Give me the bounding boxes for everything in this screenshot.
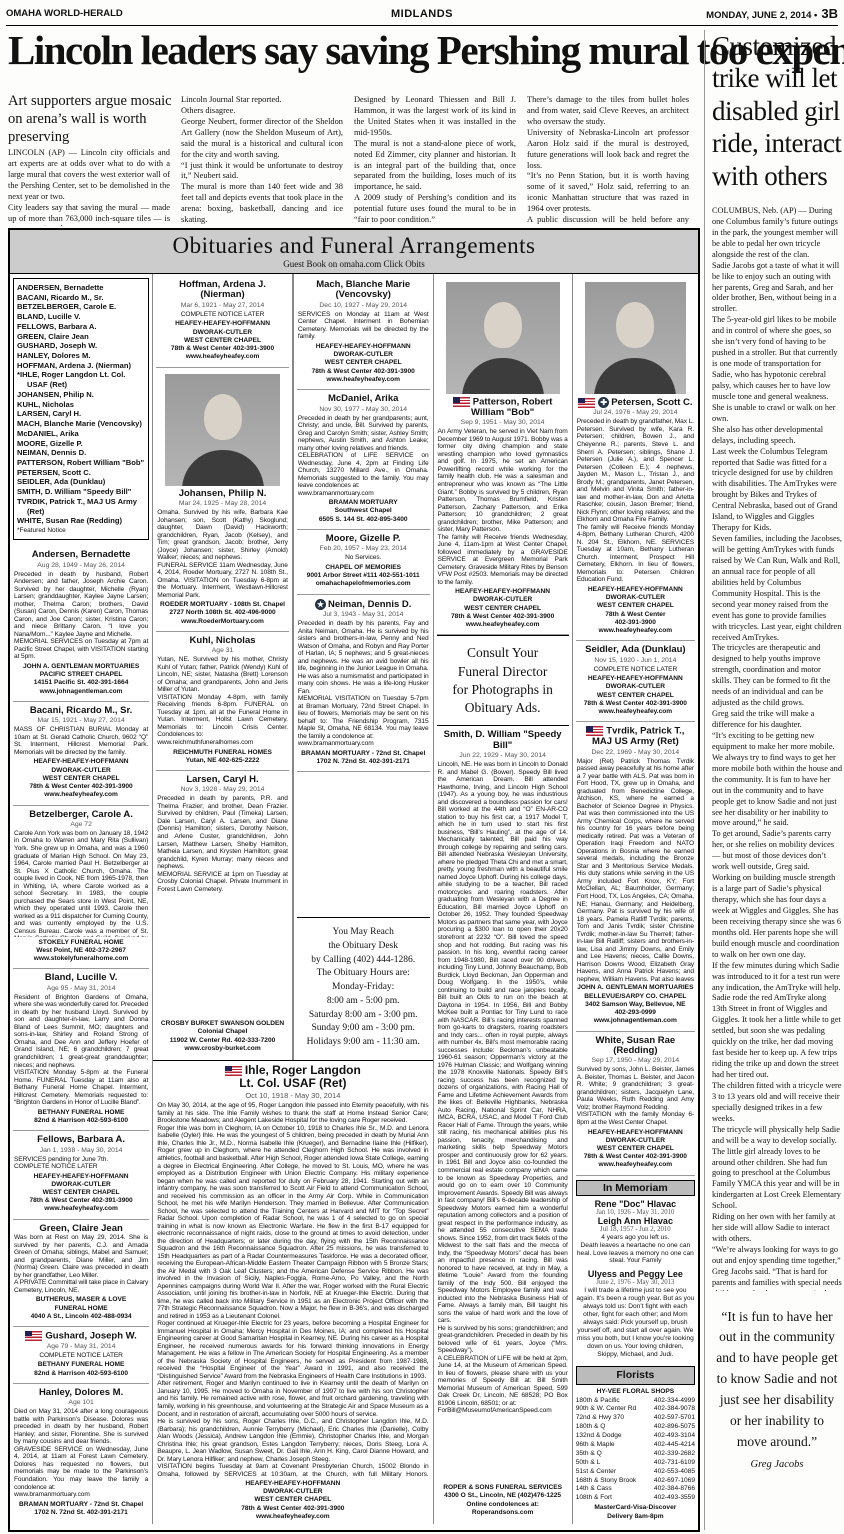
lead-article-col1: LINCOLN (AP) — Lincoln city officials an… xyxy=(8,148,170,226)
florist-location: 168th & Stony Brook xyxy=(576,1477,636,1486)
obit-columns-2-3: Hoffman, Ardena J. (Nierman) Mar 6, 1921… xyxy=(153,274,433,1524)
obituary-entry: Green, Claire Jean Was born at Rest on M… xyxy=(13,1220,149,1327)
obituary-entry: Tvrdik, Patrick T., MAJ US Army (Ret) De… xyxy=(576,722,695,1031)
florist-location: 14th & Cass xyxy=(576,1485,612,1494)
funeral-home-signature: REICHMUTH FUNERAL HOMES Yutan, NE 402-62… xyxy=(157,749,288,765)
obit-dates: Aug 28, 1949 - May 26, 2014 xyxy=(14,562,148,569)
us-flag-icon xyxy=(225,1066,242,1076)
obit-name: Bacani, Ricardo M., Sr. xyxy=(14,706,148,716)
index-item: BLAND, Lucille V. xyxy=(17,312,145,322)
funeral-home-signature: BRAMAN MORTUARY - 72nd St. Chapel 1702 N… xyxy=(14,1501,148,1517)
us-flag-icon xyxy=(586,726,603,736)
obit-dates: Oct 10, 1918 - May 30, 2014 xyxy=(157,1091,428,1100)
obit-dates: Sep 9, 1951 - May 30, 2014 xyxy=(438,419,568,426)
lead-article-col4: There’s damage to the tiles from bullet … xyxy=(527,95,689,225)
obit-name: Patterson, Robert xyxy=(473,397,553,408)
funeral-home-signature: HEAFEY-HEAFEY-HOFFMANN DWORAK-CUTLER WES… xyxy=(14,758,148,799)
obit-dates: Nov 30, 1977 - May 30, 2014 xyxy=(298,406,429,413)
florist-row: 90th & W. Center Rd402-384-9078 xyxy=(576,1405,695,1414)
florist-location: 35th & Q xyxy=(576,1450,602,1459)
funeral-home-signature: ROPER & SONS FUNERAL SERVICES 4300 O St.… xyxy=(438,1484,568,1517)
florist-location: 180th & Pacific xyxy=(576,1397,620,1406)
obit-dates: Age 31 xyxy=(157,647,288,654)
obit-name: Moore, Gizelle P. xyxy=(298,534,429,544)
funeral-home-signature: HEAFEY-HEAFEY-HOFFMANN DWORAK-CUTLER WES… xyxy=(438,588,568,629)
section-name: MIDLANDS xyxy=(286,8,558,20)
obit-name: McDaniel, Arika xyxy=(298,394,429,404)
trike-article-body: COLUMBUS, Neb. (AP) — During one Columbu… xyxy=(712,206,842,1291)
florist-row: 14th & Cass402-384-8766 xyxy=(576,1485,695,1494)
index-item: LARSEN, Caryl H. xyxy=(17,409,145,419)
florist-phone: 402-493-3104 xyxy=(654,1432,695,1441)
obit-body: COMPLETE NOTICE LATER xyxy=(14,1352,148,1360)
obit-dates: Nov 3, 1928 - May 29, 2014 xyxy=(157,786,288,793)
obit-dates: Dec 22, 1969 - May 30, 2014 xyxy=(577,749,694,756)
index-item: GREEN, Claire Jean xyxy=(17,332,145,342)
florist-row: 108th & Fort402-493-3559 xyxy=(576,1494,695,1503)
index-item: MOORE, Gizelle P. xyxy=(17,439,145,449)
florist-phone: 402-697-1069 xyxy=(654,1477,695,1486)
funeral-home-signature: HEAFEY-HEAFEY-HOFFMANN DWORAK-CUTLER WES… xyxy=(14,1173,148,1214)
obit-body: Preceded in death by her grandparents; a… xyxy=(298,415,429,498)
funeral-home-signature: BUTHERUS, MASER & LOVE FUNERAL HOME 4040… xyxy=(14,1296,148,1321)
obit-name-2: (Nierman) xyxy=(157,290,288,300)
obit-name: Smith, D. William "Speedy Bill" xyxy=(438,730,568,751)
obit-name-2: MAJ US Army (Ret) xyxy=(577,737,694,747)
trike-article: Customized trike will let disabled girl … xyxy=(704,30,842,1530)
memoriam-name: Ulyess and Peggy Lee xyxy=(576,1269,695,1279)
pull-quote-attribution: Greg Jacobs xyxy=(712,1459,842,1530)
florists-header: Florists xyxy=(576,1366,695,1384)
florists-section: Florists HY-VEE FLORAL SHOPS 180th & Pac… xyxy=(576,1362,695,1522)
obit-name: Gushard, Joseph W. xyxy=(45,1330,136,1341)
obituary-entry: Hanley, Dolores M. Age 101 Died on May 3… xyxy=(13,1384,149,1522)
funeral-home-signature: HEAFEY-HEAFEY-HOFFMANN DWORAK-CUTLER WES… xyxy=(577,586,694,635)
index-item: BACANI, Ricardo M., Sr. xyxy=(17,293,145,303)
obit-name-row: ✚Petersen, Scott C. xyxy=(577,397,694,408)
obit-name: Tvrdik, Patrick T., xyxy=(606,726,684,737)
obituary-entry: ✚Petersen, Scott C. Jul 24, 1976 - May 2… xyxy=(576,276,695,641)
obit-dates: Sep 17, 1950 - May 29, 2014 xyxy=(577,1057,694,1064)
index-item: NEIMAN, Dennis D. xyxy=(17,448,145,458)
florist-phone: 402-384-8766 xyxy=(654,1485,695,1494)
obit-name: Bland, Lucille V. xyxy=(14,973,148,983)
featured-obituary-ihle: Ihle, Roger Langdon Lt. Col. USAF (Ret) … xyxy=(153,1060,432,1524)
obit-body: Resident of Brighton Gardens of Omaha, w… xyxy=(14,994,148,1107)
obit-body: Lincoln, NE. He was born in Lincoln to D… xyxy=(438,761,568,1482)
obituary-entry: Larsen, Caryl H. Nov 3, 1928 - May 29, 2… xyxy=(156,771,289,1058)
index-footnote: *Featured Notice xyxy=(17,527,145,535)
obit-name: Betzelberger, Carole A. xyxy=(14,810,148,820)
florist-phone: 402-731-6109 xyxy=(654,1459,695,1468)
memoriam-dates: Jul 18, 1957 - Jun 2, 2010 xyxy=(576,1226,695,1233)
index-item: McDANIEL, Arika xyxy=(17,429,145,439)
obituary-entry: Patterson, Robert William "Bob" Sep 9, 1… xyxy=(437,276,569,635)
index-item: PATTERSON, Robert William "Bob" xyxy=(17,458,145,468)
obituary-entry: Moore, Gizelle P. Feb 20, 1957 - May 23,… xyxy=(297,530,430,595)
obituary-entry: Fellows, Barbara A. Jan 1, 1938 - May 30… xyxy=(13,1131,149,1220)
obit-dates: Age 95 - May 31, 2014 xyxy=(14,985,148,992)
obit-body: Survived by sons, John L. Beister, James… xyxy=(577,1066,694,1126)
obit-body: Preceded in death by parents, P.R. and T… xyxy=(157,795,288,1018)
fire-department-icon: ✚ xyxy=(598,397,609,408)
obituary-index: ANDERSEN, Bernadette BACANI, Ricardo M.,… xyxy=(13,278,149,540)
obituary-desk-notice: You May Reach the Obituary Desk by Calli… xyxy=(297,917,430,1058)
index-item: HOFFMAN, Ardena J. (Nierman) xyxy=(17,361,145,371)
obit-name: Neiman, Dennis D. xyxy=(328,599,411,610)
index-item: SEIDLER, Ada (Dunklau) xyxy=(17,477,145,487)
florist-phone: 402-445-4214 xyxy=(654,1441,695,1450)
obit-body: An Army Veteran, he served in Viet Nam f… xyxy=(438,428,568,586)
obit-name: Andersen, Bernadette xyxy=(14,550,148,560)
florist-phone: 402-334-4999 xyxy=(654,1397,695,1406)
florist-location: 96th & Maple xyxy=(576,1441,615,1450)
us-flag-icon xyxy=(578,398,595,408)
funeral-home-signature: STOKELY FUNERAL HOME West Point, NE 402-… xyxy=(14,939,148,964)
funeral-home-signature: HEAFEY-HEAFEY-HOFFMANN DWORAK-CUTLER WES… xyxy=(577,1129,694,1170)
obituary-entry: Johansen, Philip N. Mar 24, 1925 - May 2… xyxy=(156,368,289,632)
obit-name-2: Lt. Col. USAF (Ret) xyxy=(157,1077,428,1090)
obit-body: No Services. xyxy=(298,554,429,562)
consult-funeral-director-notice: Consult Your Funeral Director for Photog… xyxy=(437,635,569,726)
obit-name-2: William "Bob" xyxy=(438,408,568,418)
obit-name: Ihle, Roger Langdon xyxy=(245,1063,361,1077)
obit-dates: Jun 22, 1929 - May 30, 2014 xyxy=(438,752,568,759)
florist-row: 50th & L402-731-6109 xyxy=(576,1459,695,1468)
florist-row: 132nd & Dodge402-493-3104 xyxy=(576,1432,695,1441)
funeral-home-signature: BETHANY FUNERAL HOME 82nd & Harrison 402… xyxy=(14,1361,148,1377)
index-item: GUSHARD, Joseph W. xyxy=(17,341,145,351)
lead-subhead: Art supporters argue mosaic on arena’s w… xyxy=(8,92,173,146)
obit-body: Died on May 31, 2014 after a long courag… xyxy=(14,1408,148,1498)
florist-location: 108th & Fort xyxy=(576,1494,612,1503)
obit-column-1: ANDERSEN, Bernadette BACANI, Ricardo M.,… xyxy=(10,274,153,1524)
memoriam-dates: Jan 10, 1926 - May 31, 2010 xyxy=(576,1209,695,1216)
obit-body: Major (Ret) Patrick Thomas Tvrdik passed… xyxy=(577,758,694,983)
florist-row: 51st & Center402-553-4085 xyxy=(576,1468,695,1477)
obit-name: Larsen, Caryl H. xyxy=(157,775,288,785)
obituary-entry: Smith, D. William "Speedy Bill" Jun 22, … xyxy=(437,726,569,1522)
obit-dates: Feb 20, 1957 - May 23, 2014 xyxy=(298,545,429,552)
masthead: OMAHA WORLD-HERALD MIDLANDS MONDAY, JUNE… xyxy=(6,2,838,26)
obit-name-row: Gushard, Joseph W. xyxy=(14,1331,148,1342)
funeral-home-signature: JOHN A. GENTLEMAN MORTUARIES PACIFIC STR… xyxy=(14,663,148,696)
funeral-home-signature: JOHN A. GENTLEMAN MORTUARIES BELLEVUE/SA… xyxy=(577,984,694,1025)
obit-body: Yutan, NE. Survived by his mother, Chris… xyxy=(157,656,288,746)
obit-body: COMPLETE NOTICE LATER xyxy=(577,666,694,674)
funeral-home-signature: CHAPEL OF MEMORIES 9001 Arbor Street #11… xyxy=(298,564,429,589)
obituary-photo xyxy=(446,282,560,394)
florist-phone: 402-384-9078 xyxy=(654,1405,695,1414)
obit-body: Omaha. Survived by his wife, Barbara Kae… xyxy=(157,509,288,599)
memoriam-dates: June 2, 1976 - May 30, 2013 xyxy=(576,1279,695,1286)
obit-dates: Mar 15, 1921 - May 27, 2014 xyxy=(14,717,148,724)
florist-row: 168th & Stony Brook402-697-1069 xyxy=(576,1477,695,1486)
obit-body: On May 30, 2014, at the age of 95, Roger… xyxy=(157,1102,428,1477)
obituary-entry: White, Susan Rae (Redding) Sep 17, 1950 … xyxy=(576,1032,695,1176)
obituary-entry: Andersen, Bernadette Aug 28, 1949 - May … xyxy=(13,546,149,702)
memoriam-verse: I will trade a lifetime just to see you … xyxy=(576,1287,695,1358)
obituary-entry: McDaniel, Arika Nov 30, 1977 - May 30, 2… xyxy=(297,390,430,530)
trike-headline: Customized trike will let disabled girl … xyxy=(712,30,842,192)
florist-location: 90th & W. Center Rd xyxy=(576,1405,636,1414)
obituary-entry: Mach, Blanche Marie (Vencovsky) Dec 10, … xyxy=(297,276,430,390)
funeral-home-signature: ROEDER MORTUARY - 108th St. Chapel 2727 … xyxy=(157,601,288,626)
air-force-icon: ★ xyxy=(315,599,326,610)
obituary-entry: Gushard, Joseph W. Age 79 - May 31, 2014… xyxy=(13,1327,149,1384)
obituary-entry: Seidler, Ada (Dunklau) Nov 15, 1920 - Ju… xyxy=(576,641,695,722)
in-memoriam-header: In Memoriam xyxy=(576,1180,695,1196)
index-item: WHITE, Susan Rae (Redding) xyxy=(17,516,145,526)
obit-body: Preceded in death by grandfather, Max L.… xyxy=(577,418,694,583)
florist-row: 72nd & Hwy 370402-597-5701 xyxy=(576,1414,695,1423)
obit-dates: Mar 24, 1925 - May 28, 2014 xyxy=(157,500,288,507)
florist-row: 180th & Pacific402-334-4999 xyxy=(576,1397,695,1406)
us-flag-icon xyxy=(25,1331,42,1341)
index-item: FELLOWS, Barbara A. xyxy=(17,322,145,332)
funeral-home-signature: BRAMAN MORTUARY - 72nd St. Chapel 1702 N… xyxy=(298,750,429,766)
obit-name: Kuhl, Nicholas xyxy=(157,636,288,646)
obit-column-2: Hoffman, Ardena J. (Nierman) Mar 6, 1921… xyxy=(153,274,293,1060)
page-number: 3B xyxy=(821,6,838,21)
lead-article-col3: Designed by Leonard Thiessen and Bill J.… xyxy=(354,95,516,225)
obituary-photo xyxy=(165,374,280,486)
obituaries-section: Obituaries and Funeral Arrangements Gues… xyxy=(8,228,700,1532)
obit-body: COMPLETE NOTICE LATER xyxy=(157,311,288,319)
funeral-home-signature: HEAFEY-HEAFEY-HOFFMANN DWORAK-CUTLER WES… xyxy=(577,675,694,716)
florists-footer: MasterCard-Visa-Discover Delivery 8am-8p… xyxy=(576,1504,695,1522)
obit-name: Hanley, Dolores M. xyxy=(14,1388,148,1398)
florist-location: 132nd & Dodge xyxy=(576,1432,622,1441)
obit-name-row: ★Neiman, Dennis D. xyxy=(298,599,429,610)
obit-name: Johansen, Philip N. xyxy=(157,489,288,499)
florist-row: 180th & Q402-896-5075 xyxy=(576,1423,695,1432)
index-item: JOHANSEN, Philip N. xyxy=(17,390,145,400)
index-item: BETZELBERGER, Carole E. xyxy=(17,302,145,312)
florist-row: 96th & Maple402-445-4214 xyxy=(576,1441,695,1450)
obit-dates: Jan 1, 1938 - May 30, 2014 xyxy=(14,1147,148,1154)
obit-dates: Nov 15, 1920 - Jun 1, 2014 xyxy=(577,657,694,664)
obit-dates: Jul 24, 1976 - May 29, 2014 xyxy=(577,409,694,416)
obituary-photo xyxy=(585,282,686,394)
obituary-entry: Betzelberger, Carole A. Age 72 Carole An… xyxy=(13,806,149,970)
obit-body: SERVICES pending for June 7th. COMPLETE … xyxy=(14,1156,148,1171)
florist-phone: 402-896-5075 xyxy=(654,1423,695,1432)
obituary-entry: Hoffman, Ardena J. (Nierman) Mar 6, 1921… xyxy=(156,276,289,368)
obituaries-banner-title: Obituaries and Funeral Arrangements xyxy=(10,233,698,259)
pull-quote: “It is fun to have her out in the commun… xyxy=(712,1291,842,1459)
obituary-entry: ★Neiman, Dennis D. Jul 3, 1943 - May 31,… xyxy=(297,595,430,773)
florist-location: 180th & Q xyxy=(576,1423,606,1432)
index-item: ANDERSEN, Bernadette xyxy=(17,283,145,293)
funeral-home-signature: HEAFEY-HEAFEY-HOFFMANN DWORAK-CUTLER WES… xyxy=(157,320,288,361)
obit-body: Was born at Rest on May 29, 2014. She is… xyxy=(14,1234,148,1294)
obit-name: Green, Claire Jean xyxy=(14,1224,148,1234)
obit-dates: Age 101 xyxy=(14,1399,148,1406)
index-item: TVRDIK, Patrick T., MAJ US Army (Ret) xyxy=(17,497,145,516)
lead-article-headline-wrap: Lincoln leaders say saving Pershing mura… xyxy=(8,30,696,71)
obituaries-banner: Obituaries and Funeral Arrangements Gues… xyxy=(10,230,698,274)
lead-article-col2: Lincoln Journal Star reported. Others di… xyxy=(181,95,343,225)
florist-phone: 402-339-2682 xyxy=(654,1450,695,1459)
index-item: KUHL, Nicholas xyxy=(17,400,145,410)
obit-column-4: Patterson, Robert William "Bob" Sep 9, 1… xyxy=(434,274,573,1524)
obit-body: SERVICES on Monday at 11am at West Cente… xyxy=(298,311,429,341)
funeral-home-signature: CROSBY BURKET SWANSON GOLDEN Colonial Ch… xyxy=(157,1020,288,1053)
paper-name: OMAHA WORLD-HERALD xyxy=(6,8,286,19)
index-item: *IHLE, Roger Langdon Lt. Col. USAF (Ret) xyxy=(17,370,145,389)
obit-name: Petersen, Scott C. xyxy=(611,397,692,408)
florist-location: 51st & Center xyxy=(576,1468,616,1477)
index-item: HANLEY, Dolores M. xyxy=(17,351,145,361)
obit-body: Carole Ann York was born on January 18, … xyxy=(14,830,148,937)
funeral-home-signature: HEAFEY-HEAFEY-HOFFMANN DWORAK-CUTLER WES… xyxy=(157,1480,428,1521)
obituary-entry: Bacani, Ricardo M., Sr. Mar 15, 1921 - M… xyxy=(13,702,149,806)
florist-phone: 402-597-5701 xyxy=(654,1414,695,1423)
obituaries-banner-subtitle[interactable]: Guest Book on omaha.com Click Obits xyxy=(10,259,698,269)
obit-name: Seidler, Ada (Dunklau) xyxy=(577,645,694,655)
obit-name: Fellows, Barbara A. xyxy=(14,1135,148,1145)
index-item: MACH, Blanche Marie (Vencovsky) xyxy=(17,419,145,429)
obit-name: White, Susan Rae (Redding) xyxy=(577,1036,694,1057)
florist-row: 35th & Q402-339-2682 xyxy=(576,1450,695,1459)
funeral-home-signature: HEAFEY-HEAFEY-HOFFMANN DWORAK-CUTLER WES… xyxy=(298,343,429,384)
us-flag-icon xyxy=(453,397,470,407)
florist-location: 50th & L xyxy=(576,1459,601,1468)
obit-body: MASS OF CHRISTIAN BURIAL Monday at 10am … xyxy=(14,726,148,756)
obit-body: Preceded in death by husband, Robert And… xyxy=(14,571,148,661)
memoriam-verse: 4 years ago you left us. Death leaves a … xyxy=(576,1234,695,1266)
lead-headline: Lincoln leaders say saving Pershing mura… xyxy=(8,30,696,71)
obit-dates: Age 72 xyxy=(14,821,148,828)
index-item: PETERSEN, Scott C. xyxy=(17,468,145,478)
obit-dates: Mar 6, 1921 - May 27, 2014 xyxy=(157,302,288,309)
florist-phone: 402-553-4085 xyxy=(654,1468,695,1477)
memoriam-name: Leigh Ann Hlavac xyxy=(576,1216,695,1226)
obituary-entry: Bland, Lucille V. Age 95 - May 31, 2014 … xyxy=(13,969,149,1131)
florist-location: 72nd & Hwy 370 xyxy=(576,1414,624,1423)
obit-column-3: Mach, Blanche Marie (Vencovsky) Dec 10, … xyxy=(293,274,433,1060)
index-item: SMITH, D. William "Speedy Bill" xyxy=(17,487,145,497)
obit-dates: Dec 10, 1927 - May 29, 2014 xyxy=(298,302,429,309)
obit-dates: Jul 3, 1943 - May 31, 2014 xyxy=(298,611,429,618)
florist-phone: 402-493-3559 xyxy=(654,1494,695,1503)
date-page: MONDAY, JUNE 2, 2014 •3B xyxy=(558,6,838,21)
funeral-home-signature: BRAMAN MORTUARY Southwest Chapel 6505 S.… xyxy=(298,499,429,524)
obit-name-2: (Vencovsky) xyxy=(298,290,429,300)
obit-column-5: ✚Petersen, Scott C. Jul 24, 1976 - May 2… xyxy=(573,274,698,1524)
obituary-entry: Kuhl, Nicholas Age 31 Yutan, NE. Survive… xyxy=(156,632,289,771)
date-label: MONDAY, JUNE 2, 2014 • xyxy=(706,10,817,21)
in-memoriam-section: In Memoriam Rene "Doc" Hlavac Jan 10, 19… xyxy=(576,1176,695,1363)
funeral-home-signature: BETHANY FUNERAL HOME 82nd & Harrison 402… xyxy=(14,1109,148,1125)
florist-shop-name: HY-VEE FLORAL SHOPS xyxy=(576,1388,695,1397)
memoriam-name: Rene "Doc" Hlavac xyxy=(576,1199,695,1209)
obit-dates: Age 79 - May 31, 2014 xyxy=(14,1343,148,1350)
obit-body: Preceded in death by his parents, Fay an… xyxy=(298,620,429,748)
